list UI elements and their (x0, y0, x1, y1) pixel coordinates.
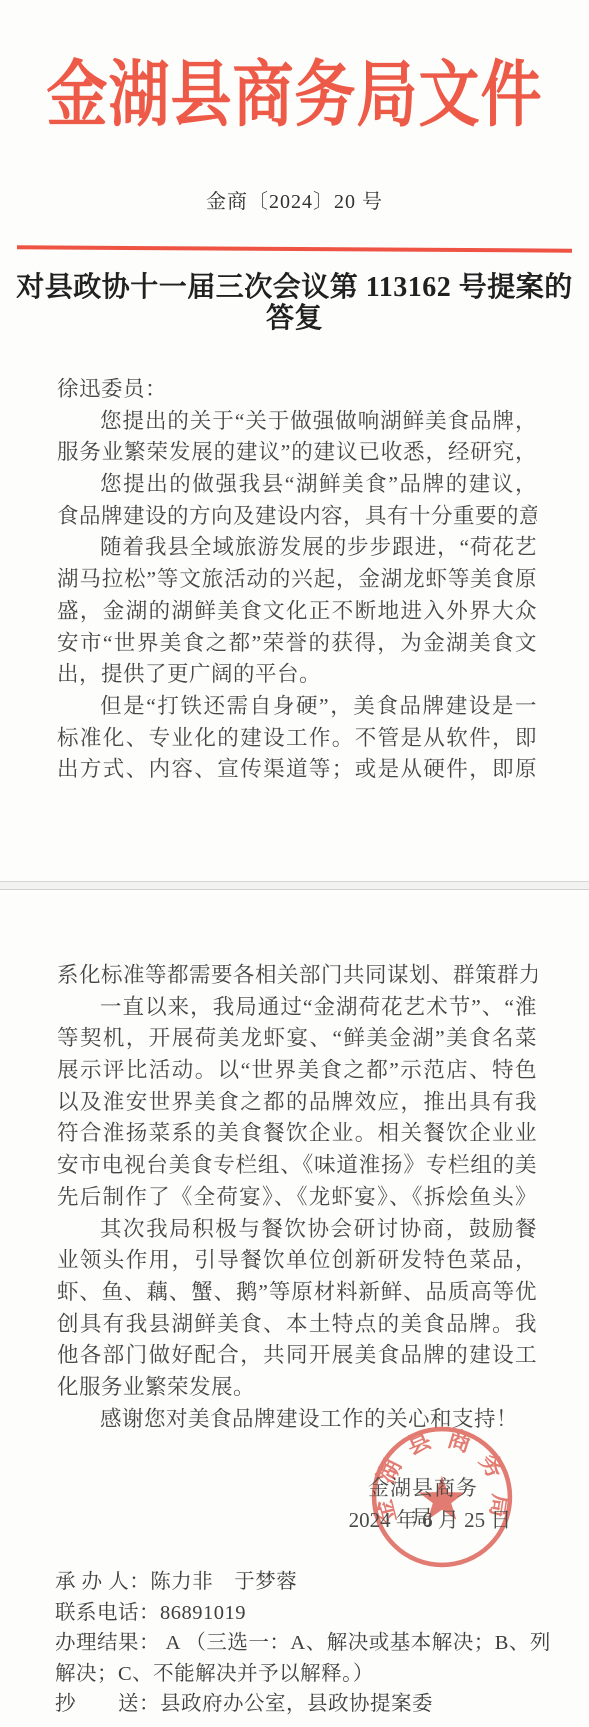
page2-body-text: 系化标准等都需要各相关部门共同谋划、群策群力来解决。一直以来，我局通过“金湖荷花… (57, 960, 537, 1435)
footer-text-line: 承 办 人：陈力非 于梦蓉 (55, 1567, 549, 1598)
body-text-line: 食品牌建设的方向及建设内容，具有十分重要的意义。 (57, 501, 537, 533)
footer-text-line: 办理结果： A （三选一：A、解决或基本解决；B、列入计划 (55, 1628, 549, 1659)
body-text-line: 盛，金湖的湖鲜美食文化正不断地进入外界大众视野。随着淮 (57, 596, 537, 628)
body-text-line: 徐迅委员： (57, 374, 537, 406)
page1-body-text: 徐迅委员：您提出的关于“关于做强做响湖鲜美食品牌，助力现代化服务业繁荣发展的建议… (57, 374, 537, 786)
body-text-line: 展示评比活动。以“世界美食之都”示范店、特色店创建契机， (57, 1055, 537, 1087)
footer-text-line: 联系电话：86891019 (55, 1598, 549, 1629)
body-text-line: 标准化、专业化的建设工作。不管是从软件，即美食文化的输 (57, 723, 537, 755)
footer-text-line: 抄 送：县政府办公室，县政协提案委 (55, 1689, 549, 1720)
body-text-line: 其次我局积极与餐饮协会研讨协商，鼓励餐饮协会发挥行 (57, 1214, 537, 1246)
body-text-line: 他各部门做好配合，共同开展美食品牌的建设工作，助力现代 (57, 1340, 537, 1372)
document-number: 金商〔2024〕20 号 (0, 185, 589, 214)
document-title: 对县政协十一届三次会议第 113162 号提案的 答复 (0, 272, 589, 334)
body-text-line: 安市电视台美食专栏组、《味道淮扬》专栏组的美食制作特辑， (57, 1150, 537, 1182)
body-text-line: 但是“打铁还需自身硬”，美食品牌建设是一项长期的、 (57, 691, 537, 723)
body-text-line: 虾、鱼、藕、蟹、鹅”等原材料新鲜、品质高等优势，积极争 (57, 1277, 537, 1309)
body-text-line: 服务业繁荣发展的建议”的建议已收悉，经研究，现答复如下： (57, 437, 537, 469)
body-text-line: 您提出的做强我县“湖鲜美食”品牌的建议，对于我县美 (57, 469, 537, 501)
body-text-line: 先后制作了《全荷宴》、《龙虾宴》、《拆烩鱼头》等美食特辑。 (57, 1182, 537, 1214)
agency-letterhead-title: 金湖县商务局文件 (0, 52, 589, 142)
body-text-line: 系化标准等都需要各相关部门共同谋划、群策群力来解决。 (57, 960, 537, 992)
body-text-line: 符合淮扬菜系的美食餐饮企业。相关餐饮企业业也受邀参与淮 (57, 1118, 537, 1150)
footer-processing-info: 承 办 人：陈力非 于梦蓉联系电话：86891019办理结果： A （三选一：A… (55, 1567, 549, 1720)
document-title-line2: 答复 (0, 303, 589, 334)
body-text-line: 出，提供了更广阔的平台。 (57, 659, 537, 691)
body-text-line: 业领头作用，引导餐饮单位创新研发特色菜品，发挥好我县“龙 (57, 1245, 537, 1277)
page-separator (0, 881, 589, 890)
body-text-line: 出方式、内容、宣传渠道等；或是从硬件，即原材料培育、体 (57, 754, 537, 786)
signature-date: 2024 年 6 月 25 日 (345, 1504, 515, 1534)
body-text-line: 湖马拉松”等文旅活动的兴起，金湖龙虾等美食原材料输出渐 (57, 564, 537, 596)
document-title-line1: 对县政协十一届三次会议第 113162 号提案的 (0, 272, 589, 303)
document-page-2: 系化标准等都需要各相关部门共同谋划、群策群力来解决。一直以来，我局通过“金湖荷花… (0, 890, 589, 1727)
document-page-1: 金湖县商务局文件 金商〔2024〕20 号 对县政协十一届三次会议第 11316… (0, 0, 589, 881)
body-text-line: 安市“世界美食之都”荣誉的获得，为金湖美食文化进一步输 (57, 628, 537, 660)
body-text-line: 以及淮安世界美食之都的品牌效应，推出具有我县本土特色并 (57, 1087, 537, 1119)
body-text-line: 化服务业繁荣发展。 (57, 1372, 537, 1404)
body-text-line: 随着我县全域旅游发展的步步跟进，“荷花艺术节”、“金 (57, 532, 537, 564)
letterhead-divider-rule (17, 245, 572, 252)
body-text-line: 您提出的关于“关于做强做响湖鲜美食品牌，助力现代化 (57, 406, 537, 438)
body-text-line: 等契机，开展荷美龙虾宴、“鲜美金湖”美食名菜展示等各类 (57, 1023, 537, 1055)
body-text-line: 创具有我县湖鲜美食、本土特点的美食品牌。我们将积极与其 (57, 1309, 537, 1341)
body-text-line: 一直以来，我局通过“金湖荷花艺术节”、“淮安食博会” (57, 992, 537, 1024)
footer-text-line: 解决；C、不能解决并予以解释。） (55, 1659, 549, 1690)
